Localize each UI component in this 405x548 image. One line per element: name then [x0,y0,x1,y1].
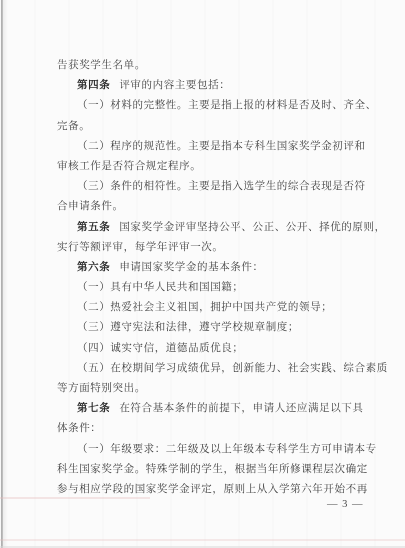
scan-edge-band [3,0,8,548]
line-text: 实行等额评审，每学年评审一次。 [57,242,224,253]
text-line: 第六条申请国家奖学金的基本条件： [57,258,387,278]
line-text: （一）年级要求：二年级及以上年级本专科学生方可申请本专 [77,444,377,455]
line-text: 告获奖学生名单。 [57,60,146,71]
text-line: 完备。 [57,117,387,137]
article-heading: 第七条 [77,403,110,414]
line-text: 等方面特别突出。 [57,383,146,394]
line-text: （三）条件的相符性。主要是指入选学生的综合表现是否符 [77,181,366,192]
text-line: （四）诚实守信，道德品质优良； [57,339,387,359]
line-text: （一）材料的完整性。主要是指上报的材料是否及时、齐全、 [77,100,377,111]
article-heading: 第五条 [77,222,110,233]
line-text: 评审的内容主要包括： [119,80,230,91]
line-text: （一）具有中华人民共和国国籍； [77,282,244,293]
text-line: （三）条件的相符性。主要是指入选学生的综合表现是否符 [57,177,387,197]
scan-artifact-streak [0,539,405,541]
text-line: 第七条在符合基本条件的前提下，申请人还应满足以下具 [57,399,387,419]
text-line: （一）年级要求：二年级及以上年级本专科学生方可申请本专 [57,440,387,460]
line-text: 申请国家奖学金的基本条件： [119,262,263,273]
text-line: 科生国家奖学金。特殊学制的学生，根据当年所修课程层次确定 [57,460,387,480]
line-text: 体条件： [57,423,101,434]
line-text: （二）热爱社会主义祖国，拥护中国共产党的领导； [77,302,332,313]
line-text: 合申请条件。 [57,201,124,212]
text-line: （一）具有中华人民共和国国籍； [57,278,387,298]
text-line: （一）材料的完整性。主要是指上报的材料是否及时、齐全、 [57,96,387,116]
page-number: — 3 — [327,499,364,510]
scanned-document-page: 告获奖学生名单。第四条评审的内容主要包括：（一）材料的完整性。主要是指上报的材料… [0,0,405,548]
document-body: 告获奖学生名单。第四条评审的内容主要包括：（一）材料的完整性。主要是指上报的材料… [57,56,387,500]
line-text: 完备。 [57,121,90,132]
text-line: 审核工作是否符合规定程序。 [57,157,387,177]
line-text: （三）遵守宪法和法律，遵守学校规章制度； [77,322,299,333]
scan-artifact-streak [0,497,150,499]
article-heading: 第六条 [77,262,110,273]
text-line: （三）遵守宪法和法律，遵守学校规章制度； [57,318,387,338]
line-text: （四）诚实守信，道德品质优良； [77,343,244,354]
line-text: 科生国家奖学金。特殊学制的学生，根据当年所修课程层次确定 [57,464,368,475]
line-text: 审核工作是否符合规定程序。 [57,161,201,172]
line-text: （二）程序的规范性。主要是指本专科生国家奖学金初评和 [77,141,366,152]
line-text: 国家奖学金评审坚持公平、公正、公开、择优的原则， [119,222,385,233]
text-line: 体条件： [57,419,387,439]
line-text: 参与相应学段的国家奖学金评定，原则上从入学第六年开始不再 [57,484,368,495]
text-line: 合申请条件。 [57,197,387,217]
text-line: 告获奖学生名单。 [57,56,387,76]
line-text: 在符合基本条件的前提下，申请人还应满足以下具 [119,403,363,414]
text-line: 第五条国家奖学金评审坚持公平、公正、公开、择优的原则， [57,218,387,238]
text-line: 等方面特别突出。 [57,379,387,399]
text-line: 实行等额评审，每学年评审一次。 [57,238,387,258]
text-line: （二）热爱社会主义祖国，拥护中国共产党的领导； [57,298,387,318]
text-line: 第四条评审的内容主要包括： [57,76,387,96]
text-line: （二）程序的规范性。主要是指本专科生国家奖学金初评和 [57,137,387,157]
article-heading: 第四条 [77,80,110,91]
line-text: （五）在校期间学习成绩优异，创新能力、社会实践、综合素质 [77,363,388,374]
text-line: （五）在校期间学习成绩优异，创新能力、社会实践、综合素质 [57,359,387,379]
